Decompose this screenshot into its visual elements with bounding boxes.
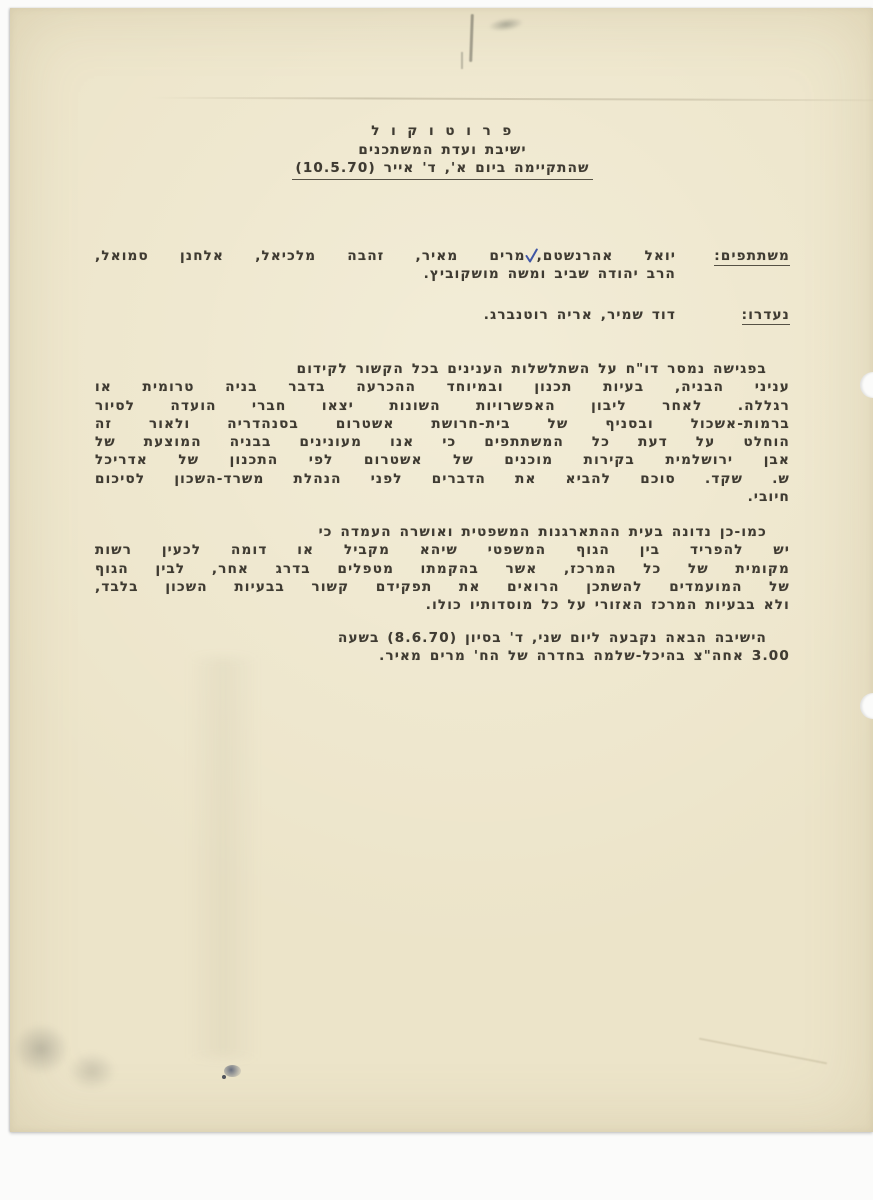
paper-crease (150, 97, 873, 102)
pencil-smudge (487, 16, 524, 34)
doc-date-line: שהתקיימה ביום א', ד' אייר (10.5.70) (95, 159, 790, 180)
punch-hole (860, 372, 873, 398)
gray-smudge (14, 1024, 68, 1074)
text-line: חיובי. (95, 488, 790, 506)
absent-names: דוד שמיר, אריה רוטנברג. (95, 306, 676, 324)
text-line: בפגישה נמסר דו"ח על השתלשלות הענינים בכל… (95, 360, 790, 378)
participants-label: משתתפים: (702, 247, 790, 284)
pencil-mark (461, 52, 463, 69)
gray-smudge (68, 1052, 116, 1090)
paper-shading (188, 658, 258, 1058)
text-line: אבן ירושלמית בקירות מוכנים של אשטרום לפי… (95, 451, 790, 469)
paragraph-3: הישיבה הבאה נקבעה ליום שני, ד' בסיון (8.… (95, 629, 790, 666)
text-line: ש. שקד. סוכם להביא את הדברים לפני הנהלת … (95, 470, 790, 488)
paper-crease (699, 1038, 827, 1065)
text-line: יש להפריד בין הגוף המשפטי שיהא מקביל או … (95, 541, 790, 559)
participants-line-2: הרב יהודה שביב ומשה מושקוביץ. (95, 265, 676, 283)
text-line: הוחלט על דעת כל המשתתפים כי אנו מעונינים… (95, 433, 790, 451)
participants-names: יואל אהרנשטם,מרים מאיר, זהבה מלכיאל, אלח… (95, 247, 676, 284)
participant-name: מרים מאיר, זהבה מלכיאל, אלחנן סמואל, (95, 248, 526, 264)
text-line: מקומית של כל המרכז, אשר בהקמתו מטפלים בד… (95, 560, 790, 578)
absent-row: נעדרו: דוד שמיר, אריה רוטנברג. (95, 306, 790, 324)
text-line: של המועמדים להשתכן הרואים את תפקידם קשור… (95, 578, 790, 596)
document-page: פ ר ו ט ו ק ו ל ישיבת ועדת המשתכנים שהתק… (10, 8, 873, 1132)
text-line: 3.00 אחה"צ בהיכל-שלמה בחדרה של הח' מרים … (95, 647, 790, 665)
scanner-background: פ ר ו ט ו ק ו ל ישיבת ועדת המשתכנים שהתק… (0, 0, 873, 1200)
doc-subtitle: ישיבת ועדת המשתכנים (95, 141, 790, 160)
participant-name: יואל אהרנשטם, (537, 248, 676, 264)
paragraph-2: כמו-כן נדונה בעית ההתארגנות המשפטית ואוש… (95, 523, 790, 614)
text-line: ברמות-אשכול ובסניף של בית-חרושת אשטרום ב… (95, 415, 790, 433)
text-line: הישיבה הבאה נקבעה ליום שני, ד' בסיון (8.… (95, 629, 790, 647)
text-line: עניני הבניה, בעיות תכנון ובמיוחד ההכרעה … (95, 378, 790, 396)
doc-title: פ ר ו ט ו ק ו ל (95, 122, 790, 141)
participants-row: משתתפים: יואל אהרנשטם,מרים מאיר, זהבה מל… (95, 247, 790, 284)
paragraph-1: בפגישה נמסר דו"ח על השתלשלות הענינים בכל… (95, 360, 790, 506)
title-block: פ ר ו ט ו ק ו ל ישיבת ועדת המשתכנים שהתק… (95, 122, 790, 180)
punch-hole (860, 693, 873, 719)
text-line: ולא בבעיות המרכז האזורי על כל מוסדותיו כ… (95, 596, 790, 614)
absent-label: נעדרו: (702, 306, 790, 324)
text-line: כמו-כן נדונה בעית ההתארגנות המשפטית ואוש… (95, 523, 790, 541)
participants-line-1: יואל אהרנשטם,מרים מאיר, זהבה מלכיאל, אלח… (95, 247, 676, 265)
pencil-mark (469, 14, 474, 62)
absent-names-line: דוד שמיר, אריה רוטנברג. (95, 306, 676, 324)
ink-spot (224, 1065, 241, 1077)
text-line: רגללה. לאחר ליבון האפשרויות השונות יצאו … (95, 397, 790, 415)
